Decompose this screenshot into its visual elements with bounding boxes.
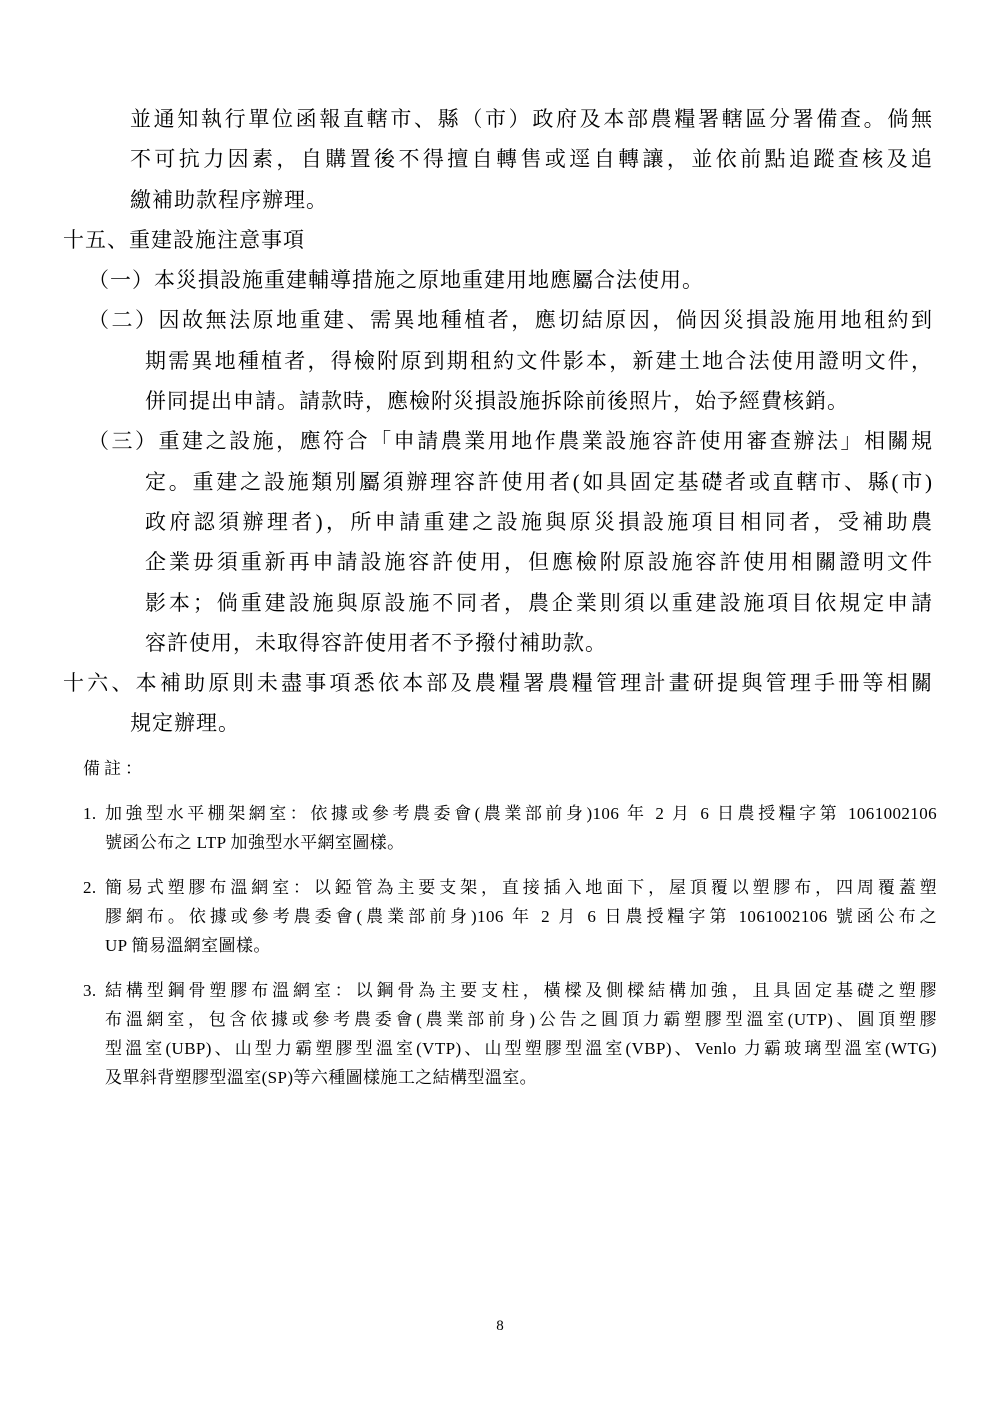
document-page: 並通知執行單位函報直轄市、縣（市）政府及本部農糧署轄區分署備查。倘無 不可抗力因… [0, 0, 1000, 1415]
text-line: 規定辦理。 [130, 703, 933, 743]
note-line: 及單斜背塑膠型溫室(SP)等六種圖樣施工之結構型溫室。 [105, 1063, 937, 1092]
note-line: 型溫室(UBP)、山型力霸塑膠型溫室(VTP)、山型塑膠型溫室(VBP)、Ven… [105, 1034, 937, 1063]
note-line: 布溫網室，包含依據或參考農委會(農業部前身)公告之圓頂力霸塑膠型溫室(UTP)、… [105, 1005, 937, 1034]
note-line: 膠網布。依據或參考農委會(農業部前身)106 年 2 月 6 日農授糧字第 10… [105, 902, 937, 931]
text-line: 併同提出申請。請款時，應檢附災損設施拆除前後照片，始予經費核銷。 [145, 381, 933, 421]
note-number: 1. [83, 799, 97, 828]
subitem-line: （三）重建之設施，應符合「申請農業用地作農業設施容許使用審查辦法」相關規 [88, 421, 933, 461]
note-number: 3. [83, 976, 97, 1005]
note-item: 2. 簡易式塑膠布溫網室：以錏管為主要支架，直接插入地面下，屋頂覆以塑膠布，四周… [83, 873, 937, 960]
text-line: 影本；倘重建設施與原設施不同者，農企業則須以重建設施項目依規定申請 [145, 583, 933, 623]
text-line: 定。重建之設施類別屬須辦理容許使用者(如具固定基礎者或直轄市、縣(市) [145, 462, 933, 502]
text-line: 企業毋須重新再申請設施容許使用，但應檢附原設施容許使用相關證明文件 [145, 542, 933, 582]
text-line: 不可抗力因素，自購置後不得擅自轉售或逕自轉讓，並依前點追蹤查核及追 [130, 139, 933, 179]
text-line: 政府認須辦理者)，所申請重建之設施與原災損設施項目相同者，受補助農 [145, 502, 933, 542]
note-line: 簡易式塑膠布溫網室：以錏管為主要支架，直接插入地面下，屋頂覆以塑膠布，四周覆蓋塑 [105, 873, 937, 902]
note-line: 加強型水平棚架網室：依據或參考農委會(農業部前身)106 年 2 月 6 日農授… [105, 799, 937, 828]
text-line: 繳補助款程序辦理。 [130, 180, 933, 220]
page-number: 8 [0, 1318, 1000, 1335]
item-heading-line: 十六、本補助原則未盡事項悉依本部及農糧署農糧管理計畫研提與管理手冊等相關 [63, 663, 933, 703]
notes-section: 備註： 1. 加強型水平棚架網室：依據或參考農委會(農業部前身)106 年 2 … [0, 754, 1000, 1092]
main-text: 並通知執行單位函報直轄市、縣（市）政府及本部農糧署轄區分署備查。倘無 不可抗力因… [0, 0, 1000, 744]
subitem-line: （一）本災損設施重建輔導措施之原地重建用地應屬合法使用。 [88, 260, 933, 300]
note-item: 3. 結構型鋼骨塑膠布溫網室：以鋼骨為主要支柱，橫樑及側樑結構加強，且具固定基礎… [83, 976, 937, 1092]
item-heading-line: 十五、重建設施注意事項 [63, 220, 933, 260]
note-number: 2. [83, 873, 97, 902]
notes-label: 備註： [83, 754, 1000, 783]
note-item: 1. 加強型水平棚架網室：依據或參考農委會(農業部前身)106 年 2 月 6 … [83, 799, 937, 857]
note-line: 號函公布之 LTP 加強型水平網室圖樣。 [105, 828, 937, 857]
text-line: 並通知執行單位函報直轄市、縣（市）政府及本部農糧署轄區分署備查。倘無 [130, 99, 933, 139]
text-line: 容許使用，未取得容許使用者不予撥付補助款。 [145, 623, 933, 663]
note-line: UP 簡易溫網室圖樣。 [105, 931, 937, 960]
text-line: 期需異地種植者，得檢附原到期租約文件影本，新建土地合法使用證明文件， [145, 341, 933, 381]
subitem-line: （二）因故無法原地重建、需異地種植者，應切結原因，倘因災損設施用地租約到 [88, 300, 933, 340]
note-line: 結構型鋼骨塑膠布溫網室：以鋼骨為主要支柱，橫樑及側樑結構加強，且具固定基礎之塑膠 [105, 976, 937, 1005]
